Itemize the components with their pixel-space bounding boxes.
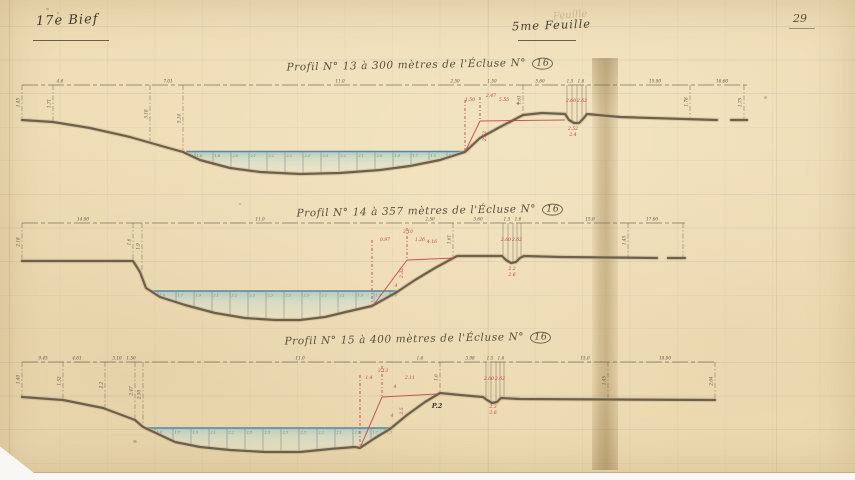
- svg-text:1.9: 1.9: [193, 431, 199, 435]
- svg-text:3.60: 3.60: [473, 217, 483, 222]
- svg-text:2.18: 2.18: [16, 237, 21, 248]
- svg-text:11.0: 11.0: [255, 217, 265, 222]
- svg-text:0.97: 0.97: [380, 237, 390, 243]
- svg-text:2.47: 2.47: [129, 386, 134, 397]
- svg-text:2.2: 2.2: [318, 431, 324, 435]
- svg-text:4.61: 4.61: [71, 356, 81, 361]
- svg-text:3.98: 3.98: [465, 356, 475, 361]
- svg-text:3.18: 3.18: [144, 109, 149, 119]
- svg-text:1.61: 1.61: [447, 235, 452, 244]
- svg-text:2.62: 2.62: [494, 376, 505, 382]
- svg-text:2.5: 2.5: [399, 407, 405, 415]
- svg-text:1.50: 1.50: [465, 97, 475, 103]
- paper-sheet: 17e Bief Feuille 5me Feuille 29 Profil N…: [0, 0, 855, 473]
- svg-text:14.00: 14.00: [77, 217, 89, 222]
- svg-text:1.9: 1.9: [136, 243, 141, 250]
- svg-text:11.0: 11.0: [335, 79, 345, 84]
- svg-text:2.4: 2.4: [568, 132, 576, 138]
- cross-sections-canvas: 4.67.0111.02.501.505.601.51.615.0016.601…: [0, 0, 855, 473]
- svg-text:2.2: 2.2: [507, 266, 515, 272]
- svg-text:1.50: 1.50: [126, 356, 136, 361]
- svg-text:2.52: 2.52: [482, 131, 488, 142]
- svg-text:1.7: 1.7: [178, 294, 184, 298]
- svg-text:2.3: 2.3: [322, 154, 328, 158]
- svg-text:2.32: 2.32: [399, 268, 405, 279]
- svg-text:2.52: 2.52: [567, 126, 578, 132]
- svg-text:3.10: 3.10: [403, 229, 413, 235]
- svg-text:1.7: 1.7: [413, 154, 419, 158]
- svg-text:2.64: 2.64: [709, 376, 714, 387]
- svg-text:17.60: 17.60: [646, 217, 658, 222]
- svg-text:2.2: 2.2: [228, 431, 234, 435]
- svg-text:2.0: 2.0: [376, 154, 383, 158]
- svg-text:2.3: 2.3: [249, 294, 255, 298]
- svg-text:1.5: 1.5: [487, 356, 494, 361]
- svg-text:1.5: 1.5: [504, 217, 511, 222]
- svg-text:1.6: 1.6: [417, 356, 424, 361]
- svg-text:1.4: 1.4: [365, 375, 372, 381]
- svg-text:P.2: P.2: [431, 402, 443, 410]
- svg-text:1.52: 1.52: [57, 376, 62, 386]
- svg-text:1.78: 1.78: [684, 97, 689, 107]
- svg-text:16.60: 16.60: [716, 79, 728, 84]
- svg-text:1.8: 1.8: [215, 154, 221, 158]
- svg-text:2.3: 2.3: [304, 154, 310, 158]
- svg-text:1.9: 1.9: [358, 294, 364, 298]
- svg-text:1.5: 1.5: [431, 154, 436, 158]
- svg-text:1.45: 1.45: [622, 236, 627, 246]
- svg-text:4: 4: [390, 413, 394, 419]
- svg-text:5.55: 5.55: [499, 97, 509, 103]
- svg-text:1.6: 1.6: [434, 374, 439, 381]
- svg-text:2.3: 2.3: [282, 431, 288, 435]
- svg-text:2.2: 2.2: [231, 294, 237, 298]
- svg-text:4.6: 4.6: [56, 79, 64, 84]
- svg-text:9.45: 9.45: [38, 356, 48, 361]
- svg-text:2.1: 2.1: [250, 154, 256, 158]
- svg-text:15.0: 15.0: [585, 217, 595, 222]
- svg-text:2.50: 2.50: [424, 217, 435, 222]
- svg-text:2.50: 2.50: [137, 390, 142, 401]
- svg-text:2.60: 2.60: [565, 98, 576, 104]
- svg-text:2.62: 2.62: [511, 237, 522, 243]
- svg-text:2.3: 2.3: [264, 431, 270, 435]
- svg-text:3.10: 3.10: [112, 356, 122, 361]
- svg-text:1.40: 1.40: [16, 375, 21, 385]
- svg-text:2.0: 2.0: [232, 154, 239, 158]
- svg-text:2.1: 2.1: [336, 431, 342, 435]
- svg-text:1.45: 1.45: [16, 98, 21, 108]
- svg-text:2.6: 2.6: [488, 410, 496, 416]
- svg-text:2.3: 2.3: [300, 431, 306, 435]
- svg-text:7.01: 7.01: [163, 79, 172, 84]
- svg-text:2.11: 2.11: [404, 375, 415, 381]
- svg-text:2.1: 2.1: [210, 431, 216, 435]
- svg-text:5.60: 5.60: [535, 79, 545, 84]
- svg-text:2.2: 2.2: [286, 154, 292, 158]
- svg-text:1.9: 1.9: [395, 154, 401, 158]
- svg-text:1.45: 1.45: [602, 376, 607, 386]
- svg-text:2.2: 2.2: [340, 154, 346, 158]
- svg-text:4: 4: [394, 283, 398, 289]
- scanned-drawing-page: 17e Bief Feuille 5me Feuille 29 Profil N…: [0, 0, 855, 480]
- svg-text:1.9: 1.9: [196, 294, 202, 298]
- svg-text:1.5: 1.5: [567, 79, 574, 84]
- svg-text:2.60: 2.60: [483, 376, 494, 382]
- svg-text:4.16: 4.16: [426, 239, 437, 245]
- svg-text:11.0: 11.0: [295, 356, 305, 361]
- svg-text:1.6: 1.6: [515, 217, 522, 222]
- profile-2-group: 14.0011.02.503.601.51.615.017.602.181.61…: [16, 217, 686, 321]
- svg-text:2.1: 2.1: [339, 294, 345, 298]
- svg-text:4: 4: [393, 384, 397, 390]
- svg-text:2.3: 2.3: [246, 431, 252, 435]
- svg-text:2.3: 2.3: [303, 294, 309, 298]
- svg-text:4: 4: [516, 101, 520, 107]
- svg-text:2.6: 2.6: [507, 272, 515, 278]
- svg-text:1.6: 1.6: [578, 79, 585, 84]
- svg-text:3.13: 3.13: [378, 368, 388, 374]
- profile-3-group: 9.454.613.101.5011.01.63.981.51.615.018.…: [16, 356, 716, 453]
- svg-text:2.50: 2.50: [449, 79, 460, 84]
- svg-text:2.60: 2.60: [500, 237, 511, 243]
- svg-text:2.1: 2.1: [213, 294, 219, 298]
- svg-text:2.47: 2.47: [485, 93, 496, 99]
- svg-text:2.2: 2.2: [99, 381, 104, 389]
- svg-text:1.6: 1.6: [127, 238, 132, 245]
- svg-text:2.1: 2.1: [358, 154, 364, 158]
- svg-text:15.0: 15.0: [580, 356, 590, 361]
- svg-text:15.00: 15.00: [649, 79, 661, 84]
- svg-text:1.71: 1.71: [47, 99, 52, 108]
- svg-text:2.2: 2.2: [268, 154, 274, 158]
- svg-text:2.3: 2.3: [267, 294, 273, 298]
- svg-text:2.3: 2.3: [488, 404, 496, 410]
- svg-text:1.26: 1.26: [415, 237, 425, 243]
- profile-1-group: 4.67.0111.02.501.505.601.51.615.0016.601…: [16, 79, 748, 175]
- svg-text:1.6: 1.6: [498, 356, 505, 361]
- svg-text:1.7: 1.7: [175, 431, 181, 435]
- svg-text:2.3: 2.3: [285, 294, 291, 298]
- svg-text:5.14: 5.14: [177, 114, 182, 124]
- svg-text:18.00: 18.00: [659, 356, 671, 361]
- svg-text:1.50: 1.50: [487, 79, 497, 84]
- svg-text:1.75: 1.75: [738, 98, 743, 108]
- svg-text:2.62: 2.62: [576, 98, 587, 104]
- svg-text:2.2: 2.2: [321, 294, 327, 298]
